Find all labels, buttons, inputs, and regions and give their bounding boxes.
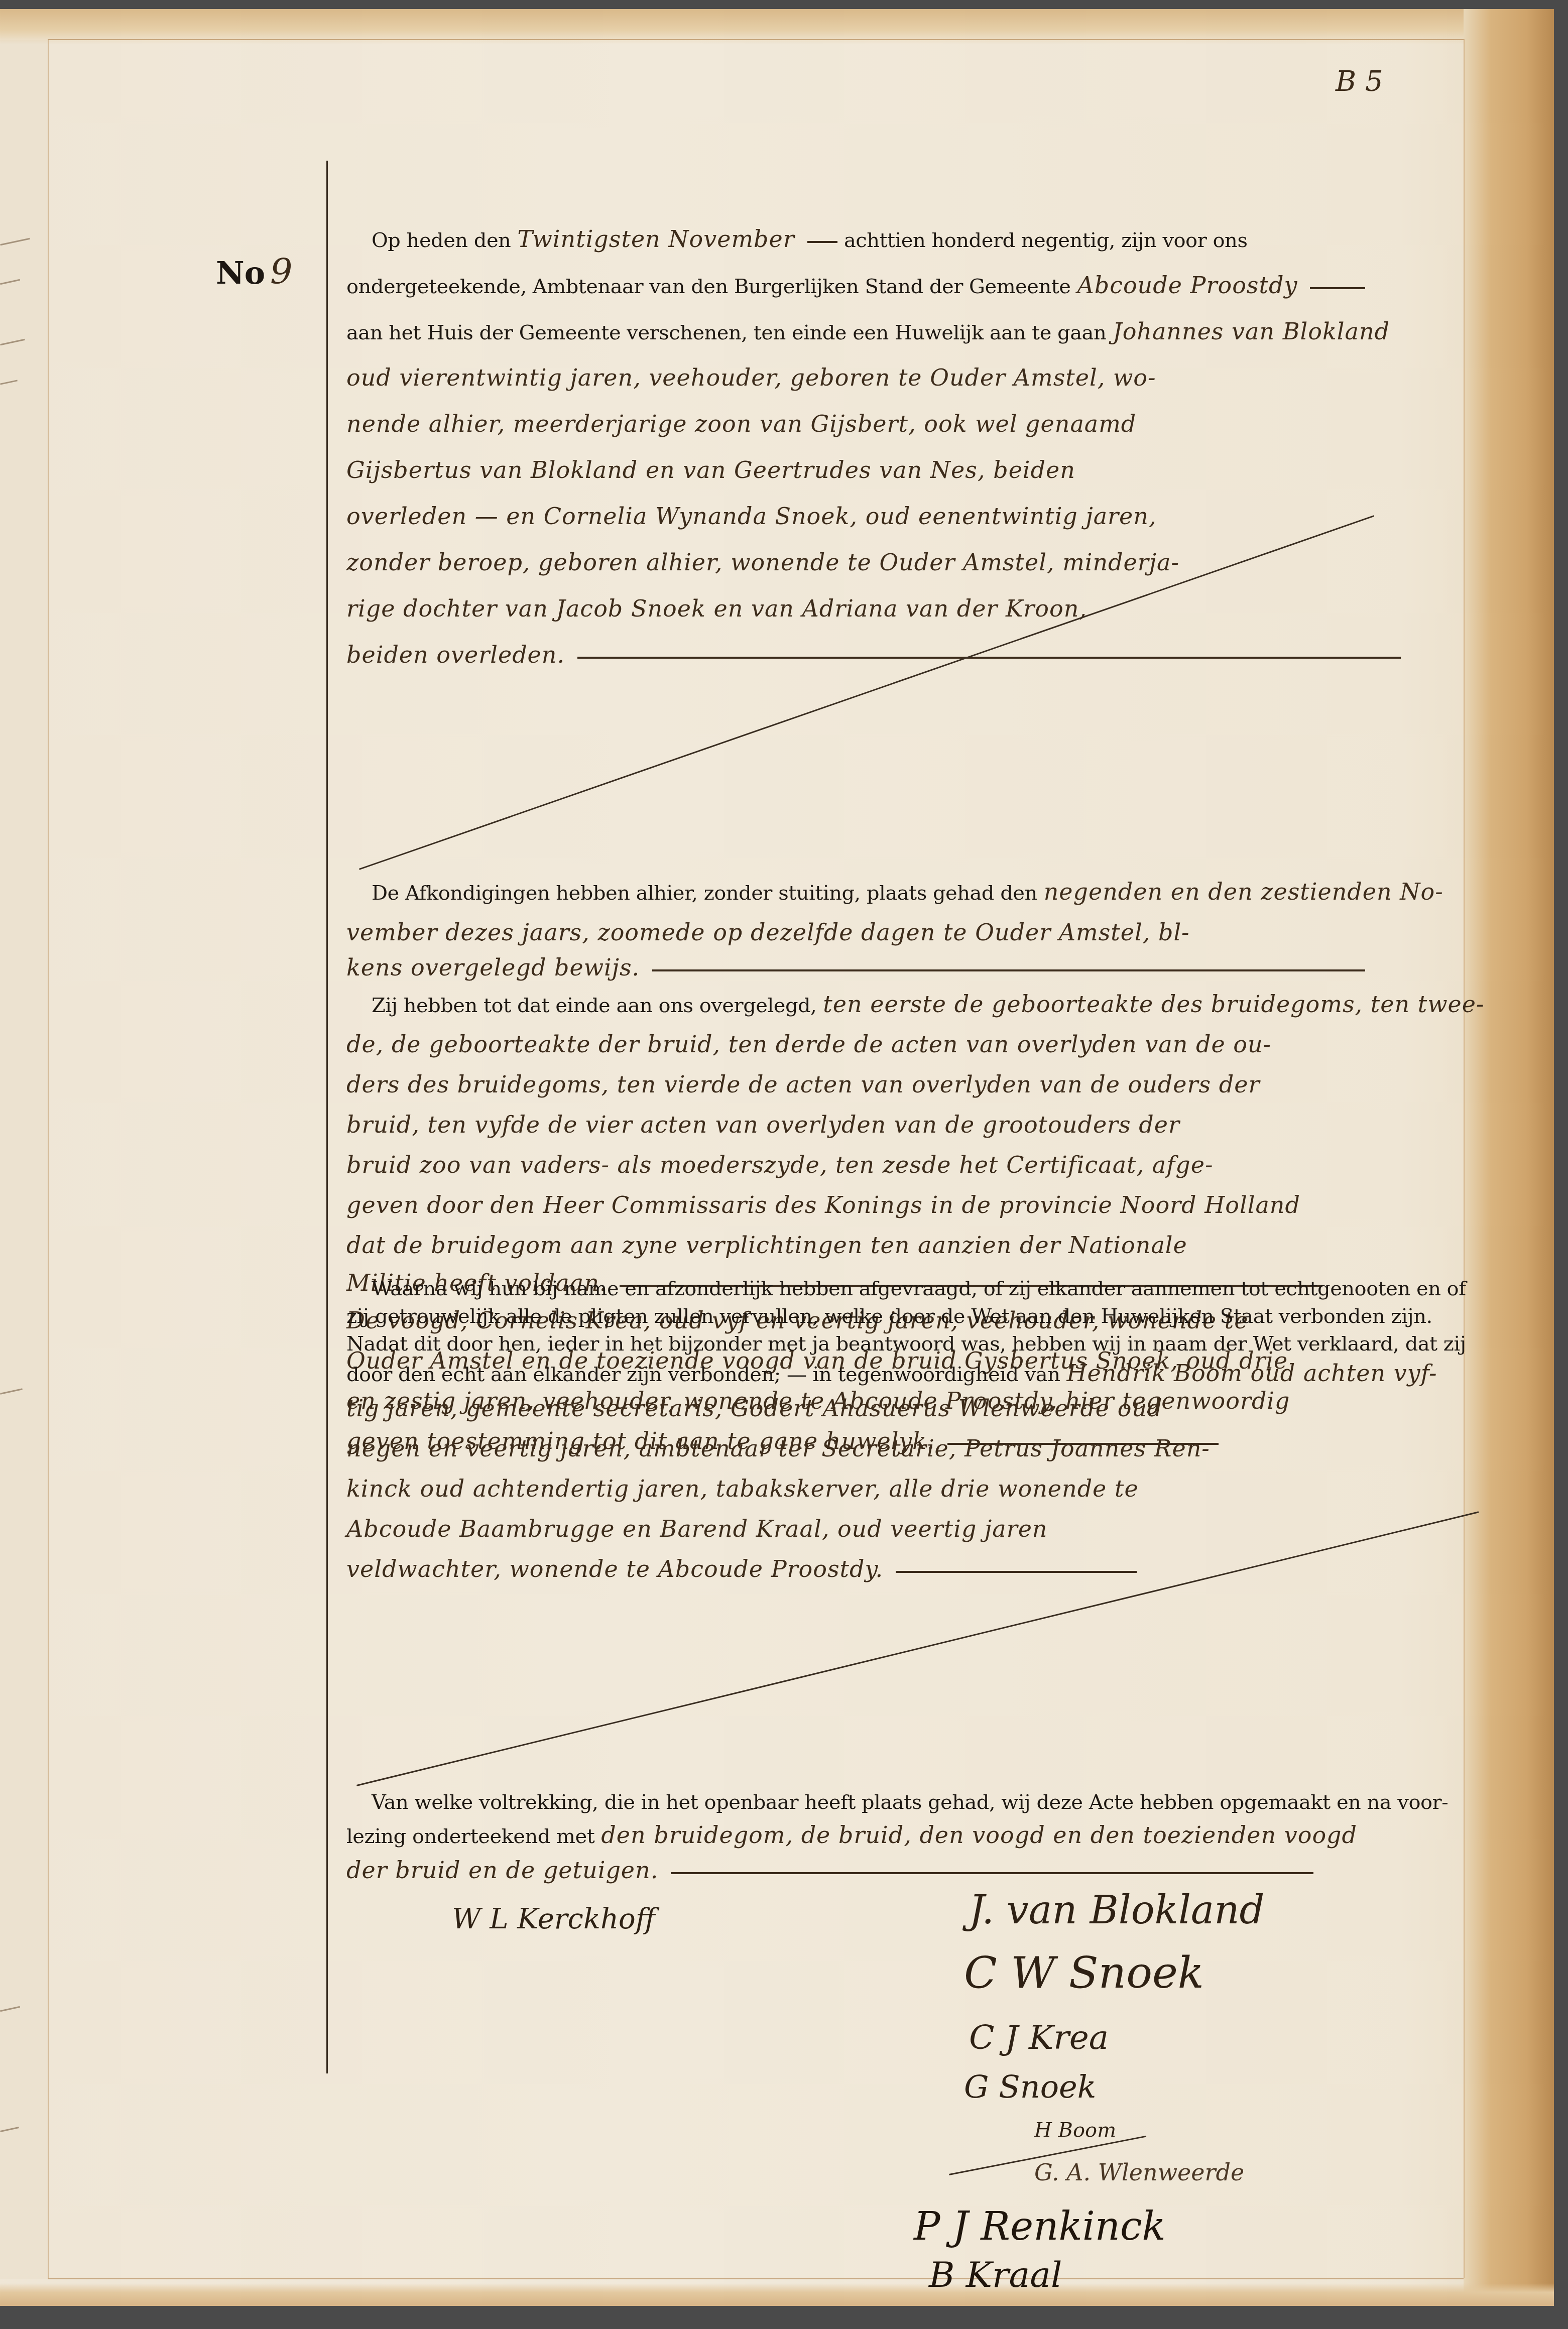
fill-line xyxy=(896,1571,1137,1573)
fill-line xyxy=(652,969,1365,971)
signature-co-guardian: G Snoek xyxy=(964,2068,1096,2105)
consent-line-4: door den echt aan elkander zijn verbonde… xyxy=(346,1358,1441,1388)
frame-line-top xyxy=(48,39,1464,40)
handwritten-line: dat de bruidegom aan zyne verplichtingen… xyxy=(346,1225,1441,1265)
fill-line xyxy=(1310,287,1365,289)
handwritten-line-final: veldwachter, wonende te Abcoude Proostdy… xyxy=(346,1549,1441,1589)
frame-line-bottom xyxy=(48,2278,1464,2279)
handwritten-line-final: kens overgelegd bewijs. xyxy=(346,950,1441,985)
section-closing: Van welke voltrekking, die in het openba… xyxy=(346,1787,1441,1888)
handwritten-line: rige dochter van Jacob Snoek en van Adri… xyxy=(346,585,1441,632)
documents-line-1: Zij hebben tot dat einde aan ons overgel… xyxy=(346,984,1441,1024)
previous-page-handwriting xyxy=(0,2006,20,2012)
previous-page-handwriting xyxy=(0,279,20,285)
intro-line-2: ondergeteekende, Ambtenaar van den Burge… xyxy=(346,262,1441,308)
previous-page-handwriting xyxy=(0,380,18,385)
section-proclamations: De Afkondigingen hebben alhier, zonder s… xyxy=(346,869,1441,985)
printed-line: Nadat dit door hen, ieder in het bijzond… xyxy=(346,1330,1441,1358)
handwritten-line: bruid, ten vyfde de vier acten van overl… xyxy=(346,1105,1441,1145)
closing-line-2: lezing onderteekend met den bruidegom, d… xyxy=(346,1817,1441,1853)
folio-mark: B 5 xyxy=(1336,65,1383,98)
previous-page-handwriting xyxy=(0,2127,19,2132)
signature-witness-1: H Boom xyxy=(1034,2119,1116,2142)
frame-line-right xyxy=(1464,39,1465,2278)
handwritten-line-final: der bruid en de getuigen. xyxy=(346,1853,1441,1888)
act-number: No9 xyxy=(216,251,293,292)
handwritten-line: vember dezes jaars, zoomede op dezelfde … xyxy=(346,915,1441,950)
signature-guardian: C J Krea xyxy=(969,2018,1109,2057)
handwritten-line: overleden — en Cornelia Wynanda Snoek, o… xyxy=(346,493,1441,539)
fill-line xyxy=(671,1872,1313,1874)
fill-line xyxy=(807,241,837,243)
binding-fold-line xyxy=(48,40,49,2279)
section-consent: Waarna wij hun bij name en afzonderlijk … xyxy=(346,1275,1441,1589)
groom-name-field: Johannes van Blokland xyxy=(1113,318,1390,345)
handwritten-line-final: beiden overleden. xyxy=(346,632,1441,678)
margin-rule xyxy=(326,161,328,2073)
fill-line xyxy=(577,657,1401,659)
handwritten-line: negen en veertig jaren, ambtenaar ter Se… xyxy=(346,1428,1441,1468)
section-intro: Op heden den Twintigsten November achtti… xyxy=(346,216,1441,678)
handwritten-line: ders des bruidegoms, ten vierde de acten… xyxy=(346,1064,1441,1105)
proclamation-line-1: De Afkondigingen hebben alhier, zonder s… xyxy=(346,869,1441,915)
printed-line: Waarna wij hun bij name en afzonderlijk … xyxy=(346,1275,1441,1303)
signature-groom: J. van Blokland xyxy=(969,1888,1265,1933)
date-field: Twintigsten November xyxy=(517,225,794,253)
signature-witness-3: P J Renkinck xyxy=(914,2204,1166,2249)
act-number-value: 9 xyxy=(270,251,293,292)
signature-registrar: W L Kerckhoff xyxy=(452,1903,655,1935)
signature-witness-2: G. A. Wlenweerde xyxy=(1034,2159,1244,2186)
handwritten-line: bruid zoo van vaders- als moederszyde, t… xyxy=(346,1145,1441,1185)
handwritten-line: tig jaren, gemeente secretaris, Godert A… xyxy=(346,1388,1441,1428)
handwritten-line: kinck oud achtendertig jaren, tabakskerv… xyxy=(346,1468,1441,1509)
printed-line: zij getrouwelijk alle de pligten zullen … xyxy=(346,1303,1441,1330)
foxing-stain-right xyxy=(1464,9,1554,2306)
handwritten-line: Gijsbertus van Blokland en van Geertrude… xyxy=(346,447,1441,493)
handwritten-line: zonder beroep, geboren alhier, wonende t… xyxy=(346,539,1441,585)
intro-line-3: aan het Huis der Gemeente verschenen, te… xyxy=(346,308,1441,354)
signature-witness-4: B Kraal xyxy=(929,2254,1062,2295)
signature-bride: C W Snoek xyxy=(964,1948,1204,1998)
foxing-stain-bottom xyxy=(0,2283,1554,2306)
handwritten-line: geven door den Heer Commissaris des Koni… xyxy=(346,1185,1441,1225)
municipality-field: Abcoude Proostdy xyxy=(1077,272,1297,299)
printed-line: Van welke voltrekking, die in het openba… xyxy=(346,1787,1441,1817)
previous-page-handwriting xyxy=(0,1388,23,1394)
handwritten-line: Abcoude Baambrugge en Barend Kraal, oud … xyxy=(346,1509,1441,1549)
intro-line-1: Op heden den Twintigsten November achtti… xyxy=(346,216,1441,262)
handwritten-line: nende alhier, meerderjarige zoon van Gij… xyxy=(346,401,1441,447)
act-number-label: No xyxy=(216,255,265,291)
previous-page-edge xyxy=(0,40,48,2279)
previous-page-handwriting xyxy=(0,238,30,246)
handwritten-line: de, de geboorteakte der bruid, ten derde… xyxy=(346,1024,1441,1064)
previous-page-handwriting xyxy=(0,339,25,345)
handwritten-line: oud vierentwintig jaren, veehouder, gebo… xyxy=(346,354,1441,401)
